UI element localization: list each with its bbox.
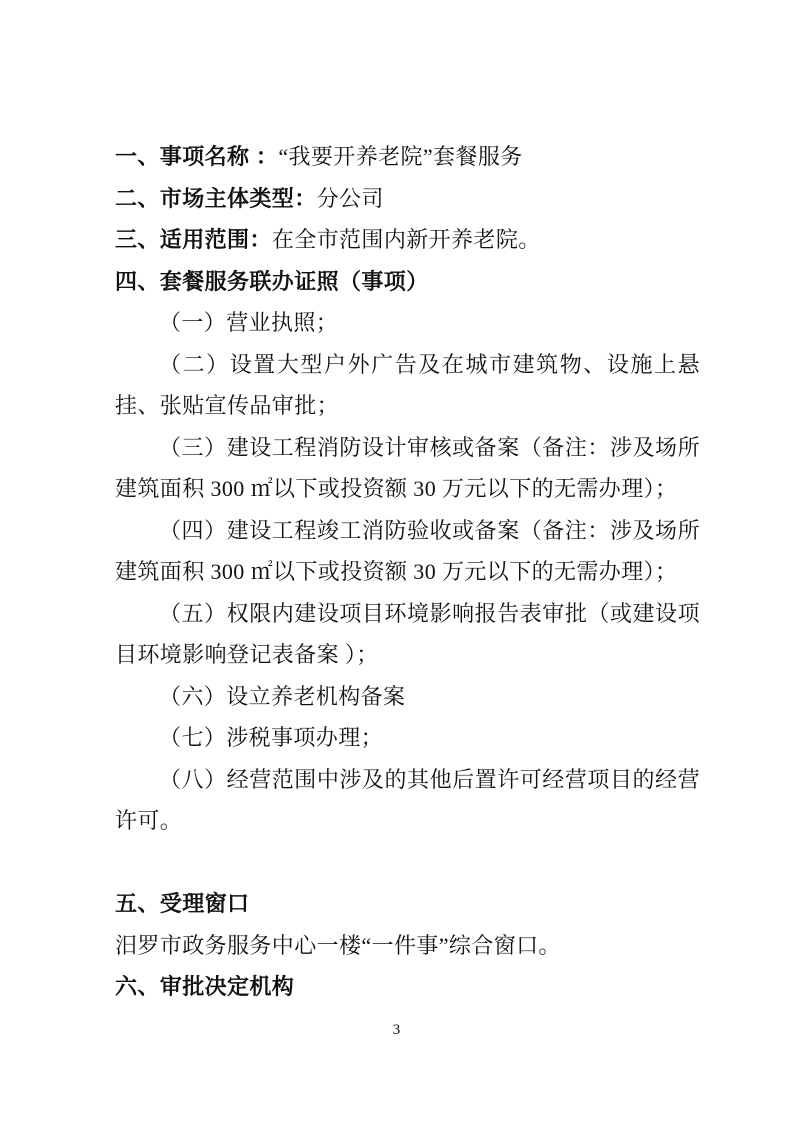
section-1-label: 一、事项名称 ：	[115, 144, 278, 169]
section-1-value: “我要开养老院”套餐服务	[278, 144, 522, 169]
list-item-1: （一）营业执照；	[115, 302, 700, 344]
page-number: 3	[0, 1020, 793, 1040]
section-2-heading: 二、市场主体类型：分公司	[115, 178, 700, 220]
section-3-label: 三、适用范围：	[115, 227, 272, 252]
list-item-7: （七）涉税事项办理；	[115, 717, 700, 759]
list-item-8: （八）经营范围中涉及的其他后置许可经营项目的经营许可。	[115, 759, 700, 842]
document-page: 一、事项名称 ：“我要开养老院”套餐服务 二、市场主体类型：分公司 三、适用范围…	[0, 0, 793, 1122]
section-4-heading: 四、套餐服务联办证照（事项）	[115, 261, 700, 303]
list-item-2: （二）设置大型户外广告及在城市建筑物、设施上悬挂、张贴宣传品审批；	[115, 344, 700, 427]
section-2-label: 二、市场主体类型：	[115, 186, 317, 211]
blank-line	[115, 842, 700, 884]
section-5-heading: 五、受理窗口	[115, 883, 700, 925]
section-3-heading: 三、适用范围：在全市范围内新开养老院。	[115, 219, 700, 261]
section-5-body: 汨罗市政务服务中心一楼“一件事”综合窗口。	[115, 925, 700, 967]
list-item-4: （四）建设工程竣工消防验收或备案（备注：涉及场所建筑面积 300 ㎡以下或投资额…	[115, 510, 700, 593]
section-1-heading: 一、事项名称 ：“我要开养老院”套餐服务	[115, 136, 700, 178]
list-item-5: （五）权限内建设项目环境影响报告表审批（或建设项目环境影响登记表备案 ）；	[115, 593, 700, 676]
section-2-value: 分公司	[317, 186, 384, 211]
document-body: 一、事项名称 ：“我要开养老院”套餐服务 二、市场主体类型：分公司 三、适用范围…	[115, 136, 700, 1008]
section-6-heading: 六、审批决定机构	[115, 966, 700, 1008]
list-item-3: （三）建设工程消防设计审核或备案（备注：涉及场所建筑面积 300 ㎡以下或投资额…	[115, 427, 700, 510]
list-item-6: （六）设立养老机构备案	[115, 676, 700, 718]
section-3-value: 在全市范围内新开养老院。	[272, 227, 541, 252]
